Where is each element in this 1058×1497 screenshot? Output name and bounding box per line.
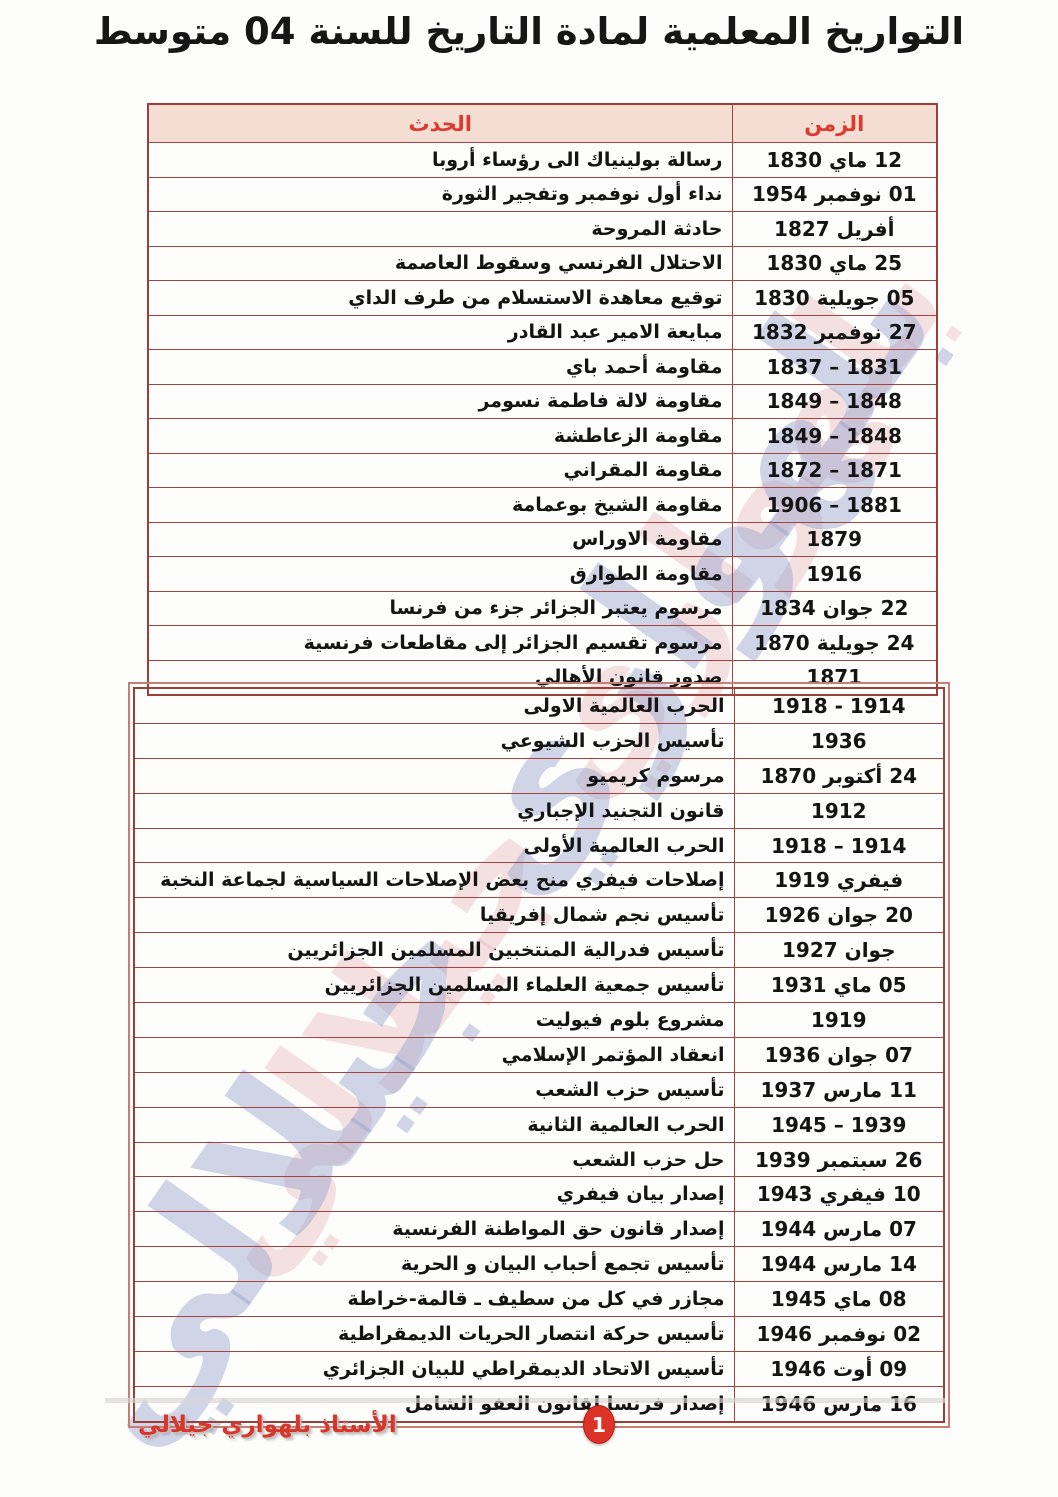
dates-table-1: الزمن الحدث 12 ماي 1830رسالة بولينياك ال… [147,103,938,696]
table-row: 10 فيفري 1943إصدار بيان فيفري [134,1177,944,1212]
dates-table-2: 1914 - 1918الحرب العالمية الاولى1936تأسي… [133,687,945,1423]
time-cell: 11 مارس 1937 [734,1072,944,1107]
event-cell: مقاومة أحمد باي [148,350,732,385]
event-cell: إصدار بيان فيفري [134,1177,734,1212]
time-cell: 1916 [732,557,937,592]
time-cell: 1879 [732,522,937,557]
time-cell: 25 ماي 1830 [732,246,937,281]
time-cell: فيفري 1919 [734,863,944,898]
event-cell: الحرب العالمية الأولى [134,828,734,863]
event-cell: مقاومة الاوراس [148,522,732,557]
table-row: 1916مقاومة الطوارق [148,557,937,592]
table-row: 1848 – 1849مقاومة لالة فاطمة نسومر [148,384,937,419]
event-cell: تأسيس حركة انتصار الحريات الديمقراطية [134,1317,734,1352]
table-row: 02 نوفمبر 1946تأسيس حركة انتصار الحريات … [134,1317,944,1352]
time-cell: 07 مارس 1944 [734,1212,944,1247]
time-cell: 02 نوفمبر 1946 [734,1317,944,1352]
table-row: 24 أكتوبر 1870مرسوم كريميو [134,758,944,793]
event-cell: مبايعة الامير عبد القادر [148,315,732,350]
event-cell: حل حزب الشعب [134,1142,734,1177]
time-cell: 1939 – 1945 [734,1107,944,1142]
table-row: فيفري 1919إصلاحات فيفري منح بعض الإصلاحا… [134,863,944,898]
time-cell: 1831 – 1837 [732,350,937,385]
table-row: 26 سبتمبر 1939حل حزب الشعب [134,1142,944,1177]
table-row: 1871 – 1872مقاومة المقراني [148,453,937,488]
time-cell: 26 سبتمبر 1939 [734,1142,944,1177]
event-cell: تأسيس الحزب الشيوعي [134,723,734,758]
teacher-signature: الأستاذ بلهواري جيلالي [138,1412,397,1438]
table-row: 05 جويلية 1830توقيع معاهدة الاستسلام من … [148,281,937,316]
time-cell: 1848 – 1849 [732,384,937,419]
time-cell: أفريل 1827 [732,212,937,247]
header-row: الزمن الحدث [148,104,937,143]
time-cell: 1914 - 1918 [734,688,944,723]
page-number-badge: 1 [583,1405,615,1444]
table-row: 1919مشروع بلوم فيوليت [134,1003,944,1038]
table-row: أفريل 1827حادثة المروحة [148,212,937,247]
event-cell: الحرب العالمية الاولى [134,688,734,723]
table-row: 12 ماي 1830رسالة بولينياك الى رؤساء أروب… [148,143,937,178]
table-row: 1939 – 1945الحرب العالمية الثانية [134,1107,944,1142]
table-row: 1914 – 1918الحرب العالمية الأولى [134,828,944,863]
time-cell: 14 مارس 1944 [734,1247,944,1282]
event-column-header: الحدث [148,104,732,143]
table-row: 22 جوان 1834مرسوم يعتبر الجزائر جزء من ف… [148,591,937,626]
event-cell: مجازر في كل من سطيف ـ قالمة-خراطة [134,1282,734,1317]
time-cell: 1936 [734,723,944,758]
event-cell: تأسيس جمعية العلماء المسلمين الجزائريين [134,968,734,1003]
table-row: 11 مارس 1937تأسيس حزب الشعب [134,1072,944,1107]
time-cell: 1848 – 1849 [732,419,937,454]
table-row: 05 ماي 1931تأسيس جمعية العلماء المسلمين … [134,968,944,1003]
event-cell: رسالة بولينياك الى رؤساء أروبا [148,143,732,178]
time-cell: 24 جويلية 1870 [732,626,937,661]
scan-streak [105,1398,945,1403]
table-row: 1831 – 1837مقاومة أحمد باي [148,350,937,385]
event-cell: مرسوم يعتبر الجزائر جزء من فرنسا [148,591,732,626]
event-cell: مقاومة لالة فاطمة نسومر [148,384,732,419]
event-cell: الحرب العالمية الثانية [134,1107,734,1142]
table-row: 25 ماي 1830الاحتلال الفرنسي وسقوط العاصم… [148,246,937,281]
page-title: التواريخ المعلمية لمادة التاريخ للسنة 04… [0,10,1058,53]
event-cell: مقاومة الشيخ بوعمامة [148,488,732,523]
table-row: 27 نوفمبر 1832مبايعة الامير عبد القادر [148,315,937,350]
table-row: 1914 - 1918الحرب العالمية الاولى [134,688,944,723]
table-row: 07 مارس 1944إصدار قانون حق المواطنة الفر… [134,1212,944,1247]
table-row: 1912قانون التجنيد الإجباري [134,793,944,828]
time-cell: 09 أوت 1946 [734,1351,944,1386]
table-row: 07 جوان 1936انعقاد المؤتمر الإسلامي [134,1037,944,1072]
time-cell: 20 جوان 1926 [734,898,944,933]
time-cell: 12 ماي 1830 [732,143,937,178]
time-cell: 22 جوان 1834 [732,591,937,626]
event-cell: إصدار قانون حق المواطنة الفرنسية [134,1212,734,1247]
time-column-header: الزمن [732,104,937,143]
table-row: 09 أوت 1946تأسيس الاتحاد الديمقراطي للبي… [134,1351,944,1386]
event-cell: نداء أول نوفمبر وتفجير الثورة [148,177,732,212]
time-cell: جوان 1927 [734,933,944,968]
time-cell: 1881 – 1906 [732,488,937,523]
event-cell: تأسيس حزب الشعب [134,1072,734,1107]
table-row: 24 جويلية 1870مرسوم تقسيم الجزائر إلى مق… [148,626,937,661]
table-row: 20 جوان 1926تأسيس نجم شمال إفريقيا [134,898,944,933]
event-cell: قانون التجنيد الإجباري [134,793,734,828]
event-cell: تأسيس الاتحاد الديمقراطي للبيان الجزائري [134,1351,734,1386]
time-cell: 10 فيفري 1943 [734,1177,944,1212]
event-cell: الاحتلال الفرنسي وسقوط العاصمة [148,246,732,281]
time-cell: 08 ماي 1945 [734,1282,944,1317]
event-cell: تأسيس تجمع أحباب البيان و الحرية [134,1247,734,1282]
table-row: 14 مارس 1944تأسيس تجمع أحباب البيان و ال… [134,1247,944,1282]
event-cell: إصلاحات فيفري منح بعض الإصلاحات السياسية… [134,863,734,898]
time-cell: 1871 – 1872 [732,453,937,488]
table-row: جوان 1927تأسيس فدرالية المنتخبين المسلمي… [134,933,944,968]
event-cell: مقاومة المقراني [148,453,732,488]
table-row: 1936تأسيس الحزب الشيوعي [134,723,944,758]
table-row: 08 ماي 1945مجازر في كل من سطيف ـ قالمة-خ… [134,1282,944,1317]
time-cell: 16 مارس 1946 [734,1386,944,1421]
time-cell: 07 جوان 1936 [734,1037,944,1072]
time-cell: 1919 [734,1003,944,1038]
event-cell: مقاومة الزعاطشة [148,419,732,454]
time-cell: 1912 [734,793,944,828]
table-row: 1881 – 1906مقاومة الشيخ بوعمامة [148,488,937,523]
event-cell: مرسوم كريميو [134,758,734,793]
event-cell: مشروع بلوم فيوليت [134,1003,734,1038]
table-row: 1879مقاومة الاوراس [148,522,937,557]
event-cell: تأسيس نجم شمال إفريقيا [134,898,734,933]
event-cell: مقاومة الطوارق [148,557,732,592]
event-cell: مرسوم تقسيم الجزائر إلى مقاطعات فرنسية [148,626,732,661]
time-cell: 24 أكتوبر 1870 [734,758,944,793]
time-cell: 05 ماي 1931 [734,968,944,1003]
document-page: بلهواري جيلالي بلهواري جيلالي التواريخ ا… [0,0,1058,1497]
table-row: 01 نوفمبر 1954نداء أول نوفمبر وتفجير الث… [148,177,937,212]
time-cell: 27 نوفمبر 1832 [732,315,937,350]
event-cell: انعقاد المؤتمر الإسلامي [134,1037,734,1072]
table-row: 1848 – 1849مقاومة الزعاطشة [148,419,937,454]
event-cell: تأسيس فدرالية المنتخبين المسلمين الجزائر… [134,933,734,968]
time-cell: 1914 – 1918 [734,828,944,863]
time-cell: 01 نوفمبر 1954 [732,177,937,212]
time-cell: 05 جويلية 1830 [732,281,937,316]
event-cell: توقيع معاهدة الاستسلام من طرف الداي [148,281,732,316]
event-cell: حادثة المروحة [148,212,732,247]
